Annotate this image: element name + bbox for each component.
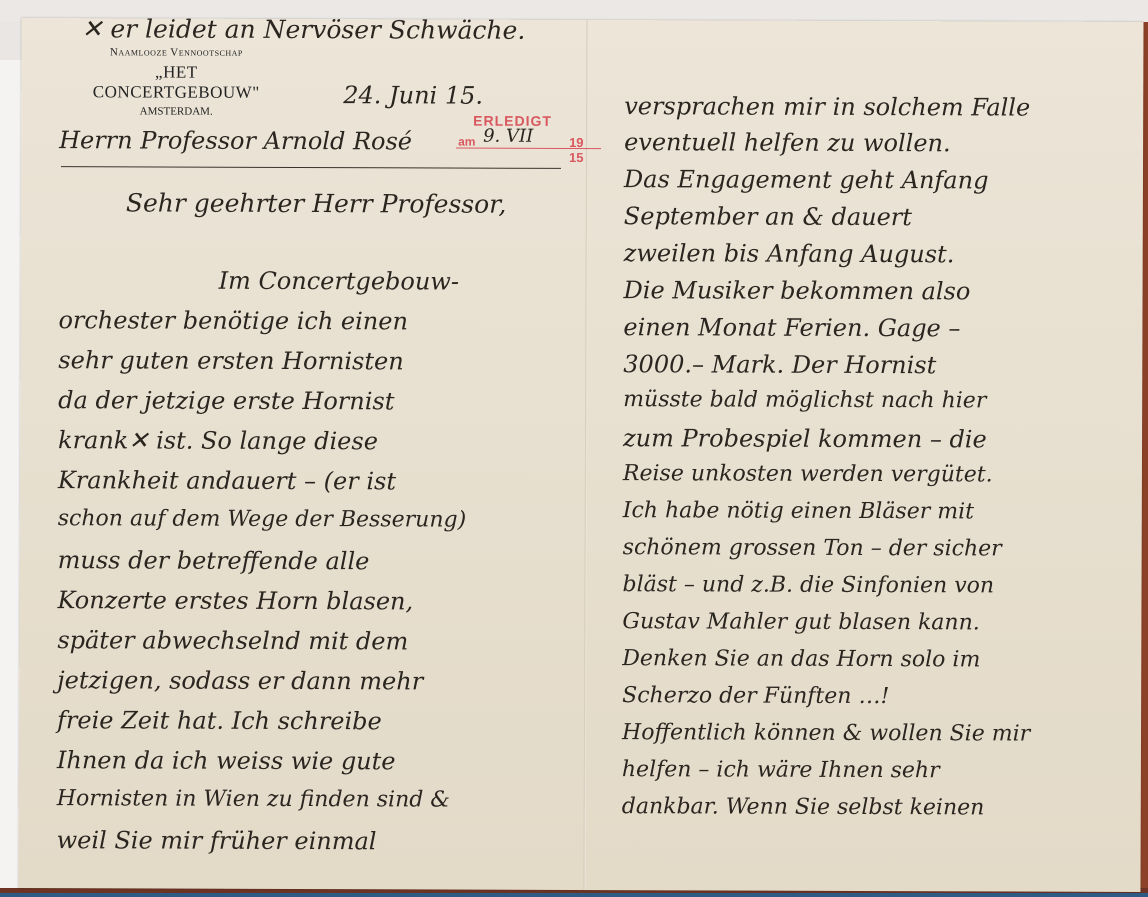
- left-line-15: weil Sie mir früher einmal: [57, 826, 377, 855]
- right-line-16: Denken Sie an das Horn solo im: [622, 646, 980, 672]
- left-line-4: da der jetzige erste Hornist: [58, 386, 394, 415]
- right-line-12: Ich habe nötig einen Bläser mit: [623, 498, 974, 524]
- annotation-top: ✕ er leidet an Nervöser Schwäche.: [81, 14, 525, 45]
- left-line-3: sehr guten ersten Hornisten: [58, 346, 403, 375]
- left-line-1: Im Concertgebouw-: [219, 267, 459, 296]
- right-line-8: 3000.– Mark. Der Hornist: [623, 350, 936, 379]
- right-line-17: Scherzo der Fünften …!: [622, 683, 889, 709]
- right-line-2: eventuell helfen zu wollen.: [624, 128, 951, 157]
- right-line-1: versprachen mir in solchem Falle: [624, 92, 1030, 121]
- right-line-7: einen Monat Ferien. Gage –: [623, 313, 960, 342]
- left-line-11: jetzigen, sodass er dann mehr: [57, 666, 423, 695]
- addressee: Herrn Professor Arnold Rosé: [59, 126, 412, 155]
- left-line-13: Ihnen da ich weiss wie gute: [57, 746, 396, 775]
- right-line-6: Die Musiker bekommen also: [624, 276, 971, 305]
- stamp-am: am: [458, 135, 475, 149]
- left-line-9: Konzerte erstes Horn blasen,: [57, 586, 413, 615]
- right-line-13: schönem grossen Ton – der sicher: [623, 535, 1002, 561]
- letter-sheet: ✕ er leidet an Nervöser Schwäche. Naamlo…: [18, 18, 1143, 892]
- stamp-date: 9. VII: [483, 126, 533, 147]
- right-line-10: zum Probespiel kommen – die: [623, 424, 987, 453]
- left-line-7: schon auf dem Wege der Besserung): [58, 506, 467, 532]
- stamp-year: 19 15: [569, 135, 586, 165]
- desk-edge: [0, 893, 1148, 897]
- addressee-underline: [61, 166, 561, 169]
- left-line-10: später abwechselnd mit dem: [57, 626, 408, 655]
- right-line-15: Gustav Mahler gut blasen kann.: [622, 609, 979, 635]
- right-line-20: dankbar. Wenn Sie selbst keinen: [622, 794, 985, 820]
- left-page: ✕ er leidet an Nervöser Schwäche. Naamlo…: [18, 18, 586, 890]
- right-page: versprachen mir in solchem Falle eventue…: [583, 20, 1143, 892]
- right-line-14: bläst – und z.B. die Sinfonien von: [623, 572, 995, 598]
- salutation: Sehr geehrter Herr Professor,: [126, 188, 507, 218]
- right-line-19: helfen – ich wäre Ihnen sehr: [622, 757, 940, 783]
- left-line-5: krank✕ ist. So lange diese: [58, 426, 378, 455]
- right-line-5: zweilen bis Anfang August.: [624, 239, 955, 268]
- letter-date: 24. Juni 15.: [343, 81, 483, 109]
- letterhead-city: AMSTERDAM.: [76, 105, 276, 118]
- letterhead: Naamlooze Vennootschap „HET CONCERTGEBOU…: [76, 46, 276, 118]
- letterhead-company-type: Naamlooze Vennootschap: [76, 46, 276, 59]
- left-line-2: orchester benötige ich einen: [58, 306, 408, 335]
- left-line-8: muss der betreffende alle: [58, 546, 370, 575]
- left-line-6: Krankheit andauert – (er ist: [58, 466, 396, 495]
- right-line-18: Hoffentlich können & wollen Sie mir: [622, 720, 1030, 746]
- right-line-9: müsste bald möglichst nach hier: [623, 387, 986, 413]
- right-line-3: Das Engagement geht Anfang: [624, 165, 989, 194]
- letterhead-name: „HET CONCERTGEBOUW": [76, 62, 276, 103]
- right-line-4: September an & dauert: [624, 202, 912, 231]
- left-line-12: freie Zeit hat. Ich schreibe: [57, 706, 382, 735]
- stamp-underline: [456, 148, 601, 150]
- left-line-14: Hornisten in Wien zu finden sind &: [57, 786, 450, 812]
- right-line-11: Reise unkosten werden vergütet.: [623, 461, 993, 487]
